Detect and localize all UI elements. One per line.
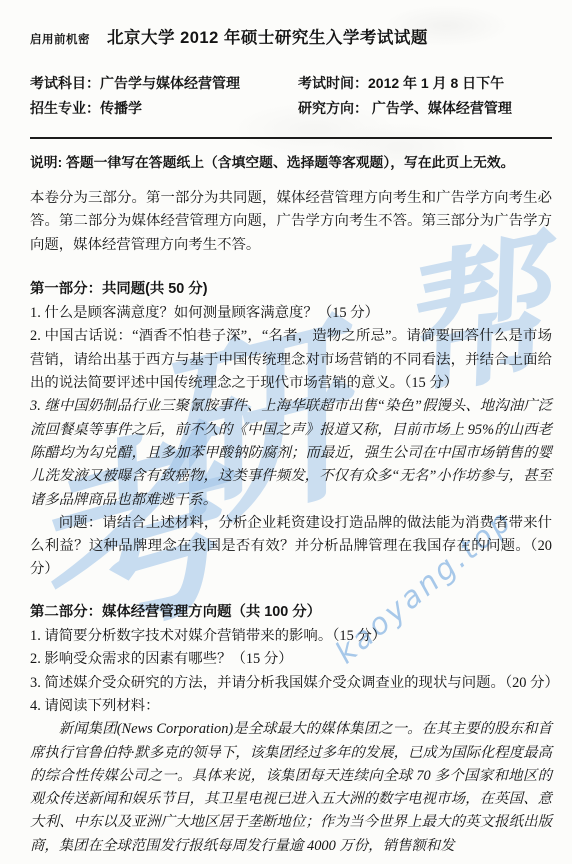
- part2-question-1: 1. 请简要分析数字技术对媒介营销带来的影响。（15 分）: [30, 625, 552, 648]
- part2-question-3: 3. 简述媒介受众研究的方法，并请分析我国媒介受众调查业的现状与问题。（20 分…: [30, 672, 552, 695]
- part1-heading: 第一部分：共同题(共 50 分): [30, 278, 552, 301]
- exam-subject-value: 广告学与媒体经营管理: [100, 75, 240, 91]
- secrecy-label: 启用前机密: [30, 31, 90, 47]
- paper-structure-intro: 本卷分为三部分。第一部分为共同题，媒体经营管理方向考生和广告学方向考生必答。第二…: [30, 187, 552, 257]
- exam-major-value: 传播学: [100, 100, 142, 116]
- exam-major: 招生专业：传播学: [30, 96, 298, 121]
- exam-meta: 考试科目：广告学与媒体经营管理 考试时间：2012 年 1 月 8 日下午 招生…: [30, 71, 552, 121]
- part2-question-4: 4. 请阅读下列材料：: [30, 695, 552, 718]
- exam-time: 考试时间：2012 年 1 月 8 日下午: [298, 71, 552, 96]
- page-title: 北京大学 2012 年硕士研究生入学考试试题: [107, 24, 428, 48]
- exam-direction: 研究方向： 广告学、媒体经营管理: [298, 96, 552, 121]
- header-divider: [30, 137, 552, 139]
- exam-subject: 考试科目：广告学与媒体经营管理: [30, 71, 298, 96]
- part1-question-2: 2. 中国古话说：“酒香不怕巷子深”，“名者，造物之所忌”。请简要回答什么是市场…: [30, 325, 552, 395]
- exam-paper-page: 考 研 帮 kaoyang.top 启用前机密 北京大学 2012 年硕士研究生…: [0, 0, 572, 864]
- part1-question-3-question: 问题：请结合上述材料，分析企业耗资建设打造品牌的做法能为消费者带来什么利益？这种…: [30, 512, 552, 582]
- exam-time-label: 考试时间：: [298, 75, 368, 91]
- exam-direction-value: 广告学、媒体经营管理: [372, 100, 512, 116]
- exam-direction-label: 研究方向：: [298, 100, 368, 116]
- part1-question-3-material: 3. 继中国奶制品行业三聚氰胺事件、上海华联超市出售“染色”假馒头、地沟油广泛流…: [30, 395, 552, 511]
- part2-heading: 第二部分：媒体经营管理方向题（共 100 分）: [30, 601, 552, 624]
- part2-question-4-material: 新闻集团(News Corporation)是全球最大的媒体集团之一。在其主要的…: [30, 718, 552, 858]
- exam-time-value: 2012 年 1 月 8 日下午: [368, 75, 504, 91]
- answer-notice: 说明: 答题一律写在答题纸上（含填空题、选择题等客观题），写在此页上无效。: [30, 151, 552, 174]
- part2-question-2: 2. 影响受众需求的因素有哪些？（15 分）: [30, 648, 552, 671]
- exam-subject-label: 考试科目：: [30, 75, 100, 91]
- part1-question-1: 1. 什么是顾客满意度？如何测量顾客满意度？（15 分）: [30, 302, 552, 325]
- exam-major-label: 招生专业：: [30, 100, 100, 116]
- header: 启用前机密 北京大学 2012 年硕士研究生入学考试试题: [30, 24, 552, 48]
